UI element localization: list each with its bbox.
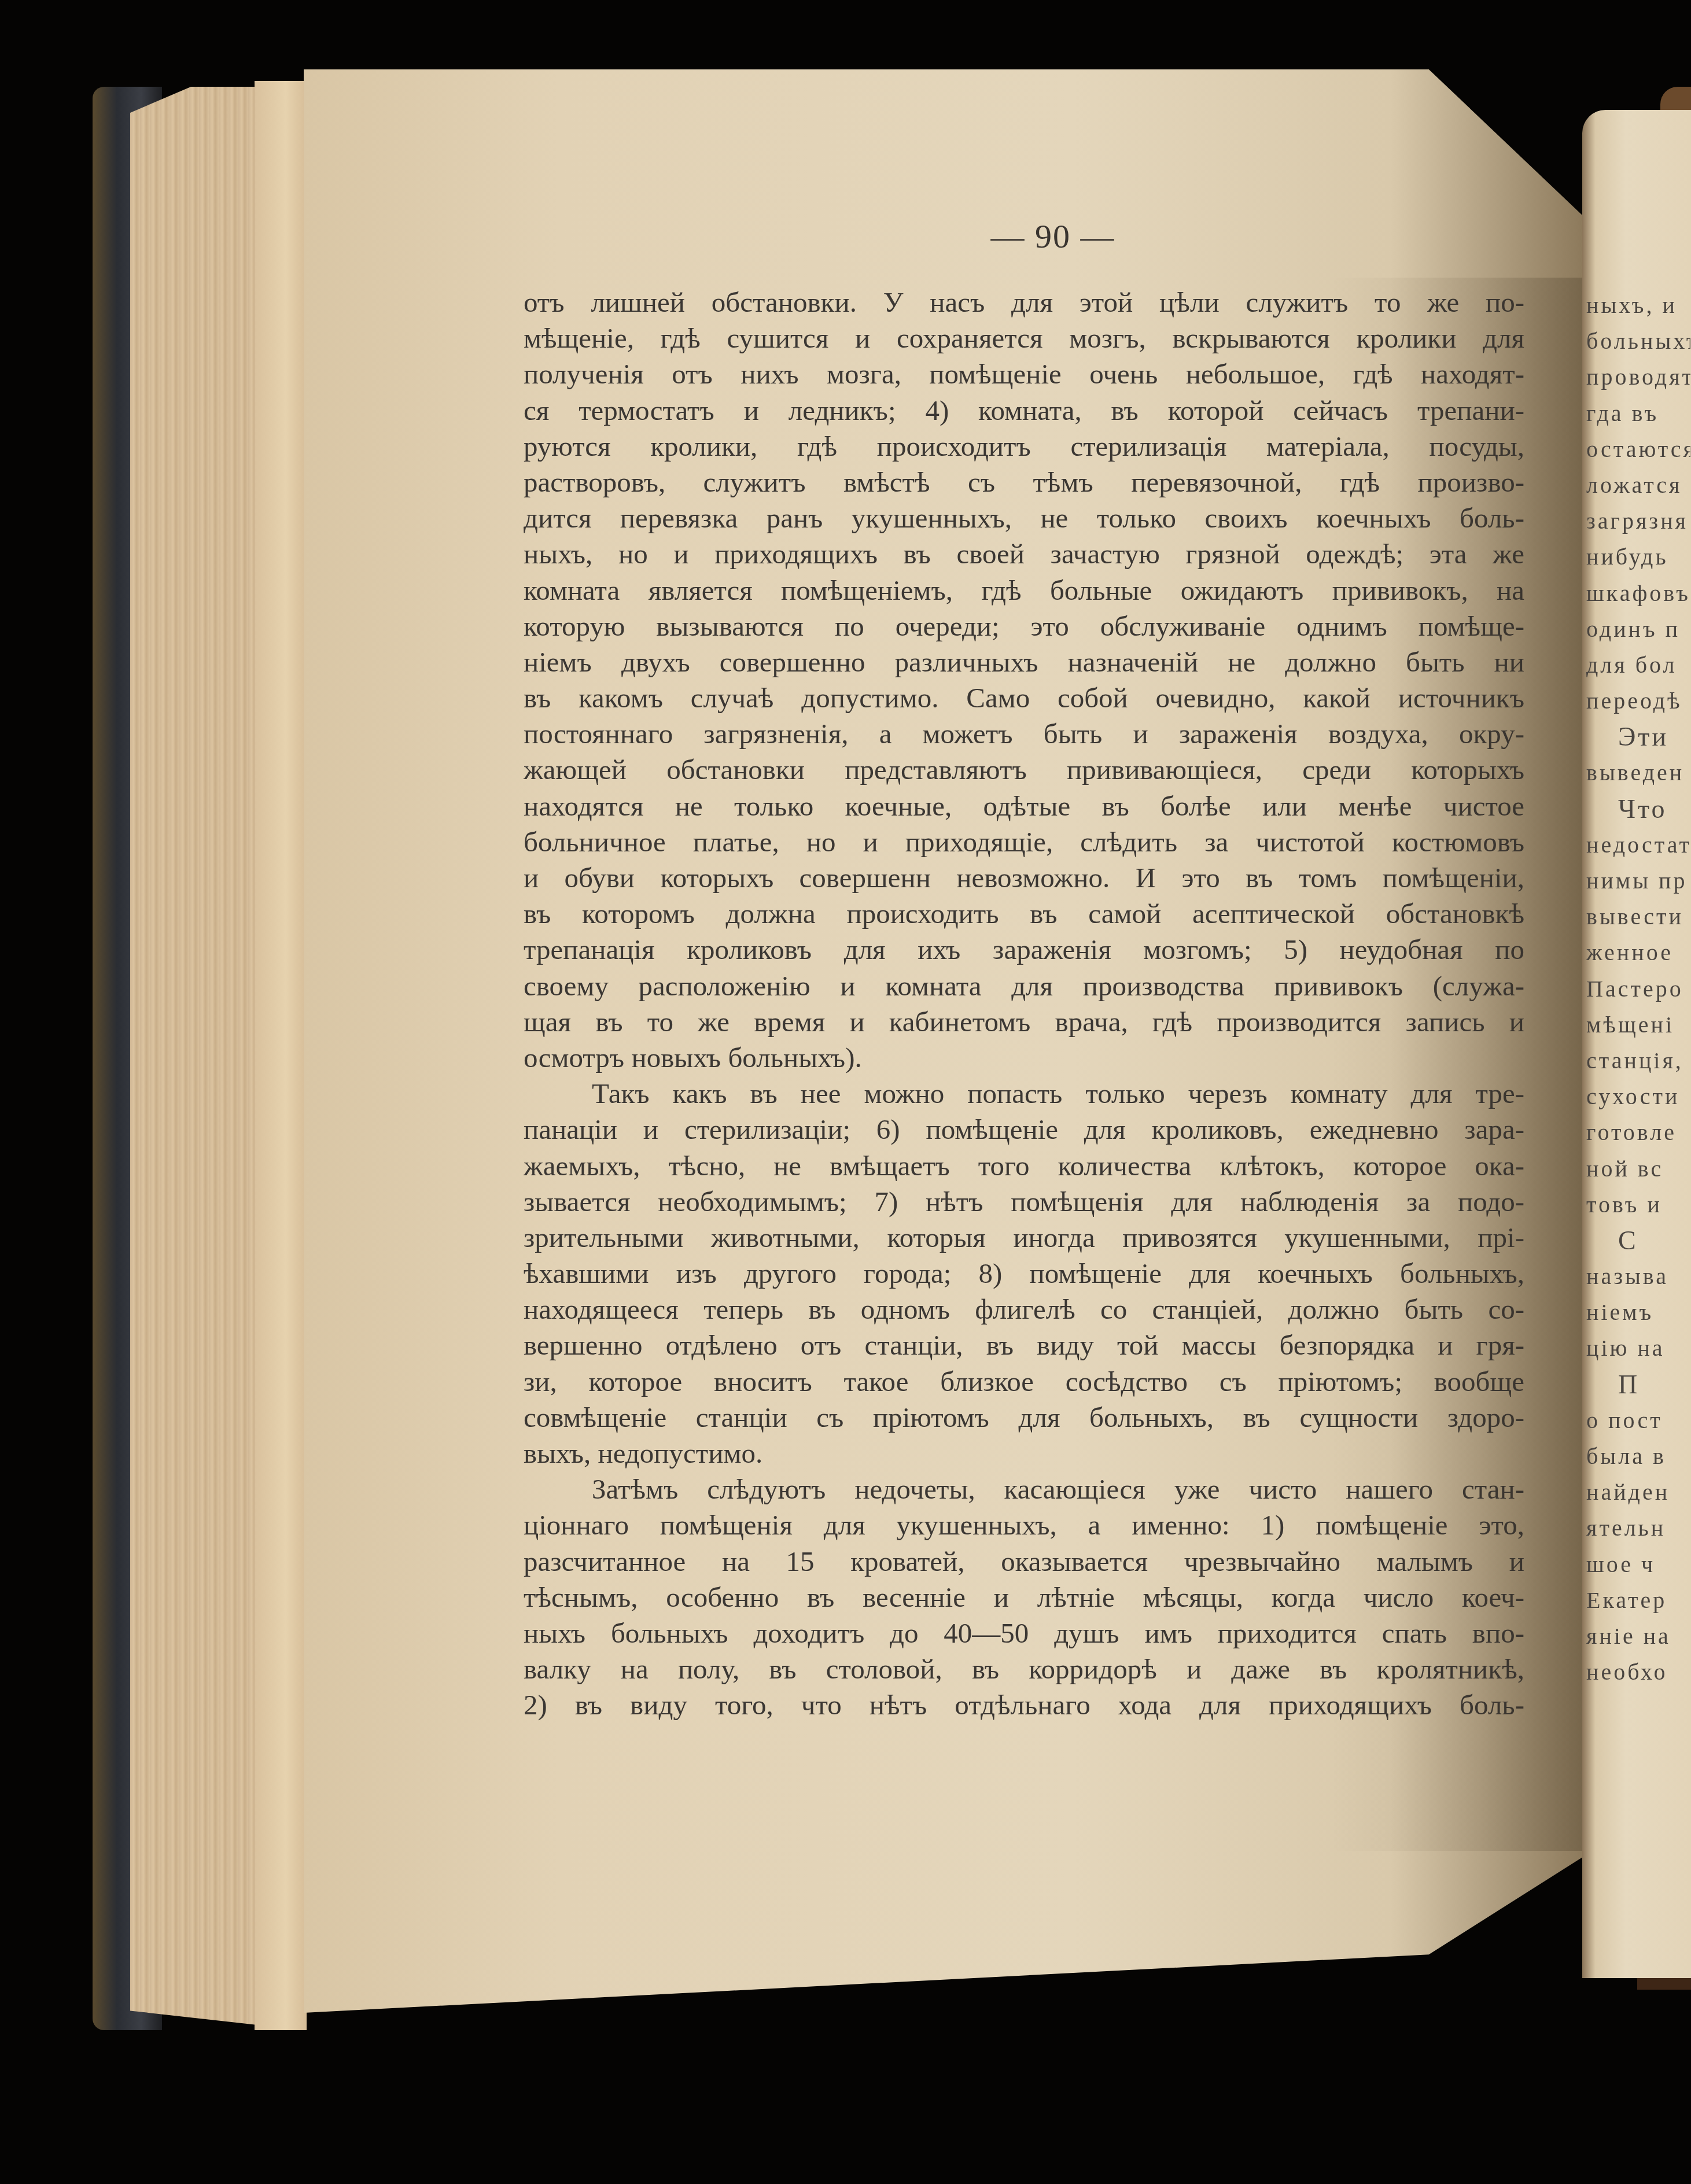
text-line: осмотръ новыхъ больныхъ). (524, 1040, 1524, 1076)
text-line: валку на полу, въ столовой, въ корридорѣ… (524, 1651, 1524, 1687)
left-page-body-text: отъ лишней обстановки. У насъ для этой ц… (524, 285, 1524, 1724)
text-line: женное (1586, 935, 1690, 971)
text-line: С (1586, 1223, 1690, 1259)
page-number: — 90 — (978, 217, 1128, 256)
text-line: которую вызываются по очереди; это обслу… (524, 608, 1524, 644)
text-line: ціоннаго помѣщенія для укушенныхъ, а име… (524, 1507, 1524, 1543)
text-line: цію на (1586, 1330, 1690, 1366)
text-line: шкафовъ (1586, 575, 1690, 611)
text-line: называ (1586, 1259, 1690, 1294)
text-line: станція, (1586, 1043, 1690, 1079)
text-line: ѣхавшими изъ другого города; 8) помѣщені… (524, 1256, 1524, 1292)
text-line: была в (1586, 1438, 1690, 1474)
text-line: панаціи и стерилизаціи; 6) помѣщеніе для… (524, 1112, 1524, 1148)
text-line: выведен (1586, 755, 1690, 791)
text-line: недостат (1586, 827, 1690, 863)
text-line: мѣщеніе, гдѣ сушится и сохраняется мозгъ… (524, 320, 1524, 356)
text-line: ныхъ, и (1586, 287, 1690, 323)
right-page-text-fragment: ныхъ, ибольныхъпроводятгда въостаютсялож… (1586, 287, 1690, 1690)
text-line: разсчитанное на 15 кроватей, оказывается… (524, 1544, 1524, 1580)
text-line: комната является помѣщеніемъ, гдѣ больны… (524, 573, 1524, 608)
text-line: находятся не только коечные, одѣтые въ б… (524, 788, 1524, 824)
text-line: Пастеро (1586, 971, 1690, 1007)
text-line: отъ лишней обстановки. У насъ для этой ц… (524, 285, 1524, 320)
text-line: яніе на (1586, 1618, 1690, 1654)
text-line: ніемъ двухъ совершенно различныхъ назнач… (524, 644, 1524, 680)
text-line: жаемыхъ, тѣсно, не вмѣщаетъ того количес… (524, 1148, 1524, 1184)
text-line: ніемъ (1586, 1294, 1690, 1330)
text-line: полученія отъ нихъ мозга, помѣщеніе очен… (524, 356, 1524, 392)
text-line: вершенно отдѣлено отъ станціи, въ виду т… (524, 1327, 1524, 1363)
text-line: необхо (1586, 1654, 1690, 1690)
text-line: ложатся (1586, 467, 1690, 503)
text-line: гда въ (1586, 396, 1690, 431)
text-line: загрязня (1586, 503, 1690, 539)
text-line: ной вс (1586, 1151, 1690, 1187)
text-line: зи, которое вноситъ такое близкое сосѣдс… (524, 1364, 1524, 1400)
text-line: и обуви которыхъ совершенн невозможно. И… (524, 860, 1524, 896)
text-line: Эти (1586, 719, 1690, 755)
text-line: въ которомъ должна происходить въ самой … (524, 896, 1524, 932)
text-line: руются кролики, гдѣ происходитъ стерилиз… (524, 429, 1524, 464)
text-line: найден (1586, 1474, 1690, 1510)
text-line: нибудь (1586, 539, 1690, 575)
text-line: П (1586, 1367, 1690, 1403)
text-line: переодѣ (1586, 683, 1690, 719)
text-line: проводят (1586, 359, 1690, 395)
text-line: больныхъ (1586, 323, 1690, 359)
text-line: трепанація кроликовъ для ихъ зараженія м… (524, 932, 1524, 968)
text-line: товъ и (1586, 1187, 1690, 1223)
text-line: вывести (1586, 899, 1690, 935)
text-line: Такъ какъ въ нее можно попасть только че… (524, 1076, 1524, 1112)
text-line: выхъ, недопустимо. (524, 1436, 1524, 1471)
text-line: Затѣмъ слѣдуютъ недочеты, касающіеся уже… (524, 1471, 1524, 1507)
text-line: сухости (1586, 1079, 1690, 1115)
text-line: Екатер (1586, 1582, 1690, 1618)
text-line: въ какомъ случаѣ допустимо. Само собой о… (524, 680, 1524, 716)
text-line: находящееся теперь въ одномъ флигелѣ со … (524, 1292, 1524, 1327)
text-line: мѣщені (1586, 1007, 1690, 1043)
text-line: совмѣщеніе станціи съ пріютомъ для больн… (524, 1400, 1524, 1436)
text-line: Что (1586, 791, 1690, 827)
text-line: зрительными животными, которыя иногда пр… (524, 1220, 1524, 1256)
text-line: зывается необходимымъ; 7) нѣтъ помѣщенія… (524, 1184, 1524, 1220)
text-line: остаются (1586, 431, 1690, 467)
text-line: тѣснымъ, особенно въ весенніе и лѣтніе м… (524, 1580, 1524, 1615)
text-line: щая въ то же время и кабинетомъ врача, г… (524, 1004, 1524, 1040)
text-line: ятельн (1586, 1510, 1690, 1546)
text-line: своему расположенію и комната для произв… (524, 968, 1524, 1004)
book-page-stack (255, 81, 307, 2030)
text-line: о пост (1586, 1403, 1690, 1438)
text-line: постояннаго загрязненія, а можетъ быть и… (524, 716, 1524, 752)
text-line: больничное платье, но и приходящіе, слѣд… (524, 824, 1524, 860)
text-line: ся термостатъ и ледникъ; 4) комната, въ … (524, 393, 1524, 429)
text-line: для бол (1586, 647, 1690, 683)
text-line: ныхъ, но и приходящихъ въ своей зачастую… (524, 536, 1524, 572)
text-line: готовле (1586, 1115, 1690, 1150)
text-line: дится перевязка ранъ укушенныхъ, не толь… (524, 500, 1524, 536)
text-line: жающей обстановки представляютъ прививаю… (524, 752, 1524, 788)
text-line: ныхъ больныхъ доходитъ до 40—50 душъ имъ… (524, 1615, 1524, 1651)
text-line: растворовъ, служитъ вмѣстѣ съ тѣмъ перев… (524, 464, 1524, 500)
text-line: одинъ п (1586, 611, 1690, 647)
text-line: нимы пр (1586, 863, 1690, 899)
text-line: шое ч (1586, 1547, 1690, 1582)
text-line: 2) въ виду того, что нѣтъ отдѣльнаго ход… (524, 1687, 1524, 1723)
